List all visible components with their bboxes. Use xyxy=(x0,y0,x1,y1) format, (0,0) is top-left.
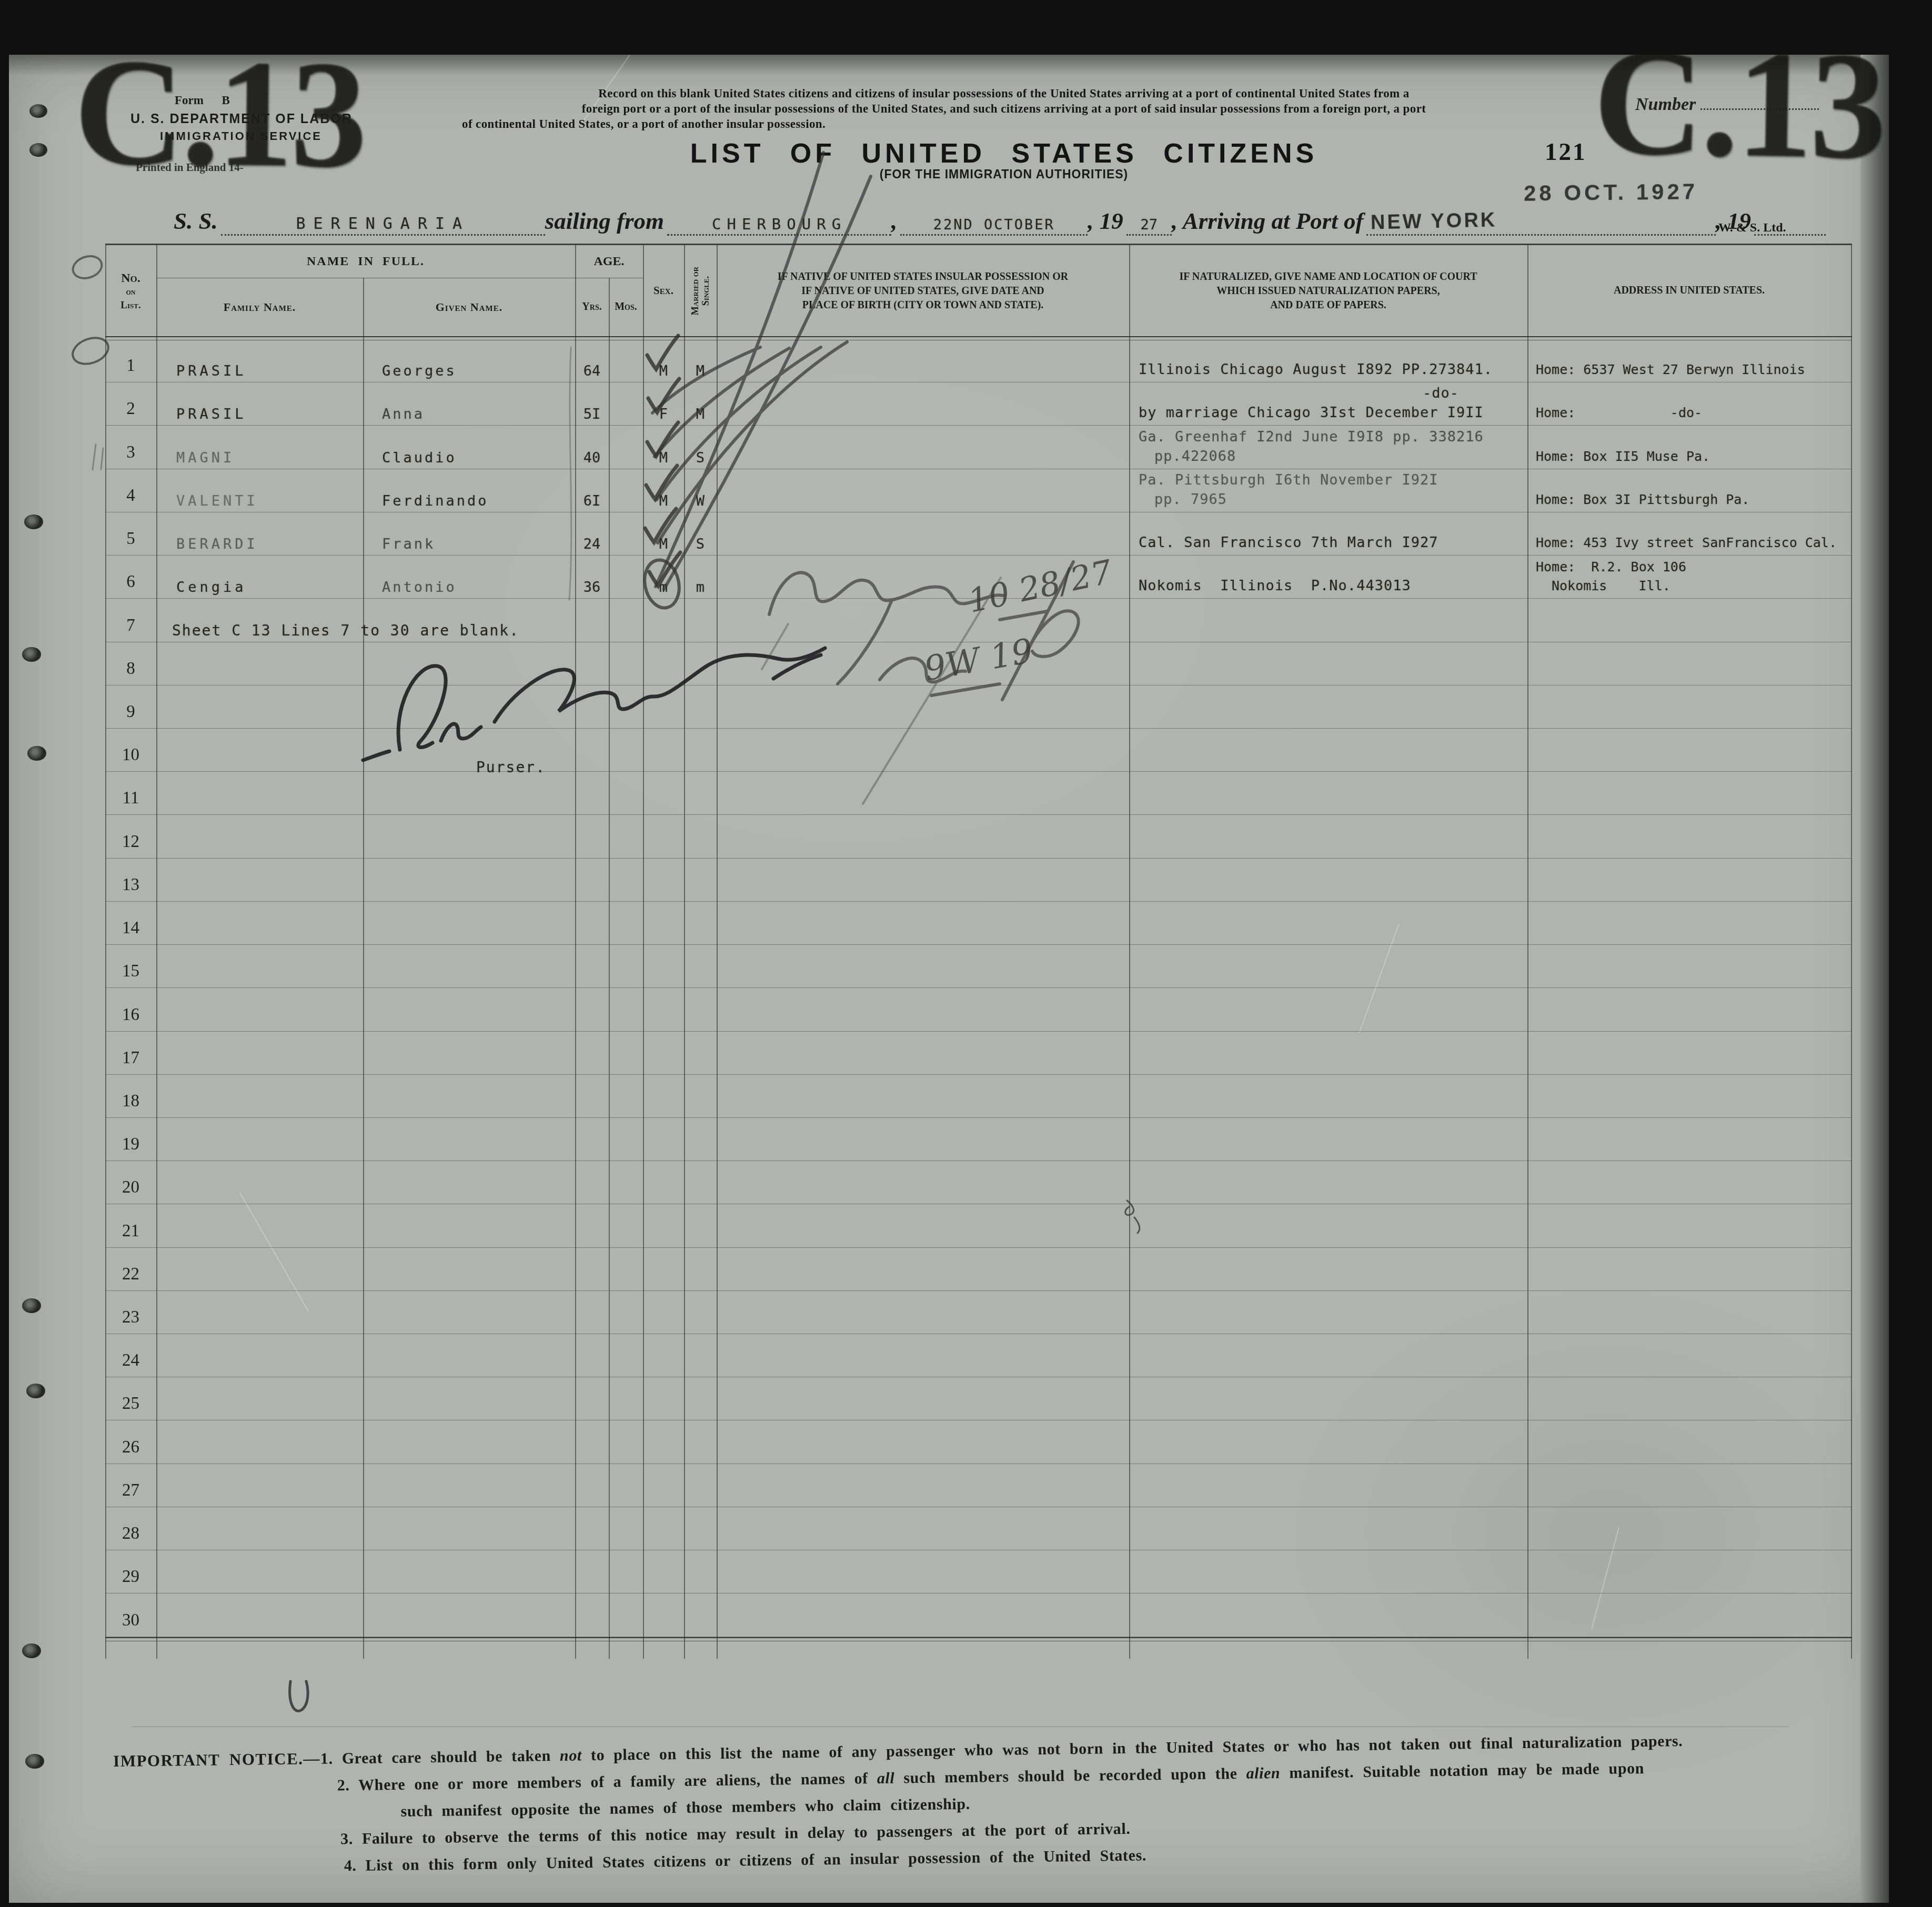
row-number: 21 xyxy=(105,1204,156,1247)
cell-naturalization xyxy=(1129,642,1527,685)
cell-address: Home: 453 Ivy street SanFrancisco Cal. xyxy=(1527,512,1852,555)
cell-birth xyxy=(717,339,1129,382)
row-number: 15 xyxy=(105,945,156,987)
punch-hole xyxy=(24,514,43,529)
cell-age-years xyxy=(575,1420,609,1463)
arrival-port-field: NEW YORK xyxy=(1366,205,1715,236)
cell-given-name xyxy=(363,642,575,685)
cell-married-single xyxy=(684,729,717,771)
cell-age-months xyxy=(609,1507,643,1550)
table-row: 22 xyxy=(105,1248,1852,1291)
cell-address xyxy=(1527,642,1852,685)
year-prefix-label-2: , 19 xyxy=(1716,207,1755,236)
cell-age-years: 6I xyxy=(575,469,609,512)
cell-given-name: Anna xyxy=(363,382,575,425)
naturalization-line: Ga. Greenhaf I2nd June I9I8 pp. 338216 xyxy=(1139,427,1484,447)
cell-given-name: Georges xyxy=(363,339,575,382)
cell-given-name xyxy=(363,1291,575,1334)
cell-sex xyxy=(643,1118,684,1161)
cell-age-years xyxy=(575,1118,609,1161)
cell-birth xyxy=(717,1032,1129,1074)
cell-married-single xyxy=(684,1075,717,1117)
table-row: 24 xyxy=(105,1334,1852,1377)
notice-item-number: 3. xyxy=(340,1830,353,1848)
cell-age-years: 40 xyxy=(575,426,609,468)
service-label: IMMIGRATION SERVICE xyxy=(160,129,322,143)
cell-naturalization xyxy=(1129,1464,1527,1507)
cell-family-name: PRASIL xyxy=(156,382,363,425)
cell-birth xyxy=(717,382,1129,425)
naturalization-line: by marriage Chicago 3Ist December I9II xyxy=(1139,403,1484,422)
naturalization-line: Cal. San Francisco 7th March I927 xyxy=(1139,533,1438,552)
cell-given-name xyxy=(363,772,575,814)
cell-married-single: S xyxy=(684,512,717,555)
cell-age-months xyxy=(609,1248,643,1290)
cell-birth xyxy=(717,1204,1129,1247)
cell-married-single xyxy=(684,1204,717,1247)
cell-age-months xyxy=(609,988,643,1031)
table-row: 17 xyxy=(105,1032,1852,1075)
cell-age-months xyxy=(609,1464,643,1507)
cell-given-name xyxy=(363,945,575,987)
table-row: 18 xyxy=(105,1075,1852,1118)
table-row: 27 xyxy=(105,1464,1852,1507)
punch-hole xyxy=(22,647,41,662)
arrival-year-field xyxy=(1754,205,1826,236)
cell-age-months xyxy=(609,859,643,901)
cell-family-name xyxy=(156,1032,363,1074)
cell-age-years xyxy=(575,902,609,944)
cell-age-years xyxy=(575,772,609,814)
cell-sex xyxy=(643,1507,684,1550)
cell-given-name: Frank xyxy=(363,512,575,555)
cell-birth xyxy=(717,1334,1129,1377)
table-row: 19 xyxy=(105,1118,1852,1161)
cell-given-name xyxy=(363,1464,575,1507)
row-number: 11 xyxy=(105,772,156,814)
table-row: 21 xyxy=(105,1204,1852,1247)
cell-age-months xyxy=(609,1420,643,1463)
table-row: 9 xyxy=(105,685,1852,729)
scan-edge-right xyxy=(1889,0,1932,1907)
row-number: 30 xyxy=(105,1593,156,1636)
cell-sex xyxy=(643,772,684,814)
cell-address: Home: Box 3I Pittsburgh Pa. xyxy=(1527,469,1852,512)
cell-birth xyxy=(717,642,1129,685)
row-number: 10 xyxy=(105,729,156,771)
cell-age-months xyxy=(609,1118,643,1161)
cell-family-name: VALENTI xyxy=(156,469,363,512)
notice-item-number: 1. xyxy=(320,1750,333,1768)
row-number: 8 xyxy=(105,642,156,685)
cell-naturalization xyxy=(1129,1334,1527,1377)
table-row: 16 xyxy=(105,988,1852,1031)
cell-family-name xyxy=(156,815,363,857)
cell-address xyxy=(1527,1204,1852,1247)
col-header-naturalized: IF NATURALIZED, GIVE NAME AND LOCATION O… xyxy=(1129,251,1527,330)
cell-family-name: Cengia xyxy=(156,556,363,598)
table-row: 1PRASILGeorges64MMIllinois Chicago Augus… xyxy=(105,339,1852,382)
cell-given-name xyxy=(363,1075,575,1117)
cell-family-name xyxy=(156,1377,363,1420)
department-label: U. S. DEPARTMENT OF LABOR xyxy=(130,112,353,127)
cell-married-single xyxy=(684,1248,717,1290)
cell-sex xyxy=(643,988,684,1031)
row-number: 2 xyxy=(105,382,156,425)
table-row: 29 xyxy=(105,1550,1852,1593)
cell-family-name xyxy=(156,1291,363,1334)
arriving-label: , Arriving at Port of xyxy=(1172,207,1367,236)
naturalization-line: -do- xyxy=(1423,384,1459,403)
row-number: 13 xyxy=(105,859,156,901)
cell-given-name xyxy=(363,815,575,857)
row-number: 19 xyxy=(105,1118,156,1161)
row-number: 14 xyxy=(105,902,156,944)
cell-family-name: MAGNI xyxy=(156,426,363,468)
cell-sex xyxy=(643,859,684,901)
col-header-age: AGE. xyxy=(575,245,643,278)
cell-naturalization: Ga. Greenhaf I2nd June I9I8 pp. 338216pp… xyxy=(1129,426,1527,468)
punch-hole xyxy=(29,143,47,157)
instruction-line: Record on this blank United States citiz… xyxy=(462,86,1546,101)
row-number: 6 xyxy=(105,556,156,598)
cell-age-years xyxy=(575,1334,609,1377)
cell-family-name xyxy=(156,1550,363,1593)
cell-address: Home: R.2. Box 106Nokomis Ill. xyxy=(1527,556,1852,598)
cell-married-single xyxy=(684,685,717,728)
col-header-address: ADDRESS IN UNITED STATES. xyxy=(1527,245,1851,336)
cell-married-single xyxy=(684,988,717,1031)
cell-married-single xyxy=(684,1291,717,1334)
cell-birth xyxy=(717,1118,1129,1161)
cell-married-single xyxy=(684,1420,717,1463)
cell-sex: m xyxy=(643,556,684,598)
cell-sex xyxy=(643,1204,684,1247)
cell-family-name: BERARDI xyxy=(156,512,363,555)
comma-label: , xyxy=(891,207,900,236)
punch-hole xyxy=(29,104,47,118)
departure-port-field: CHERBOURG xyxy=(667,205,891,236)
cell-birth xyxy=(717,729,1129,771)
cell-family-name xyxy=(156,1593,363,1636)
cell-sex: M xyxy=(643,512,684,555)
cell-address xyxy=(1527,1118,1852,1161)
row-number: 29 xyxy=(105,1550,156,1593)
sailing-year-field: 27 xyxy=(1126,205,1172,236)
cell-age-months xyxy=(609,772,643,814)
row-number: 24 xyxy=(105,1334,156,1377)
table-row: 26 xyxy=(105,1420,1852,1464)
cell-age-years: 36 xyxy=(575,556,609,598)
cell-married-single xyxy=(684,1550,717,1593)
address-line: Home: Box 3I Pittsburgh Pa. xyxy=(1536,490,1749,509)
cell-sex xyxy=(643,1464,684,1507)
cell-address: Home: Box II5 Muse Pa. xyxy=(1527,426,1852,468)
cell-age-years: 24 xyxy=(575,512,609,555)
cell-birth xyxy=(717,988,1129,1031)
cell-sex: M xyxy=(643,469,684,512)
cell-age-years xyxy=(575,945,609,987)
cell-sex xyxy=(643,1291,684,1334)
notice-label: IMPORTANT NOTICE.— xyxy=(113,1749,320,1770)
table-row: 14 xyxy=(105,902,1852,945)
cell-given-name xyxy=(363,1248,575,1290)
cell-address xyxy=(1527,729,1852,771)
cell-sex xyxy=(643,1334,684,1377)
cell-birth xyxy=(717,859,1129,901)
table-body: 1PRASILGeorges64MMIllinois Chicago Augus… xyxy=(105,339,1852,1637)
notice-text: Great care should be taken xyxy=(342,1747,560,1767)
cell-naturalization: Nokomis Illinois P.No.443013 xyxy=(1129,556,1527,598)
table-row: 2PRASILAnna5IFM-do-by marriage Chicago 3… xyxy=(105,382,1852,426)
col-header-no-line: on xyxy=(126,285,136,299)
cell-age-years xyxy=(575,815,609,857)
cell-sex xyxy=(643,815,684,857)
cell-naturalization xyxy=(1129,1032,1527,1074)
cell-family-name xyxy=(156,685,363,728)
col-header-yrs: Yrs. xyxy=(575,278,609,336)
table-row: 13 xyxy=(105,859,1852,902)
cell-address xyxy=(1527,1032,1852,1074)
passenger-table: No. on List. NAME IN FULL. Family Name. … xyxy=(105,244,1852,1659)
row-number: 22 xyxy=(105,1248,156,1290)
cell-naturalization xyxy=(1129,1507,1527,1550)
cell-naturalization xyxy=(1129,902,1527,944)
cell-age-years xyxy=(575,1075,609,1117)
cell-birth xyxy=(717,1161,1129,1204)
sheet-number: 121 xyxy=(1545,138,1587,166)
cell-address: Home: 6537 West 27 Berwyn Illinois xyxy=(1527,339,1852,382)
cell-given-name xyxy=(363,1204,575,1247)
number-field: Number xyxy=(1635,95,1825,115)
cell-address xyxy=(1527,1248,1852,1290)
cell-given-name xyxy=(363,1550,575,1593)
row-number: 17 xyxy=(105,1032,156,1074)
cell-family-name xyxy=(156,729,363,771)
instruction-paragraph: Record on this blank United States citiz… xyxy=(462,86,1546,132)
col-header-married-single: Married or Single. xyxy=(684,245,717,336)
page-subtitle: (FOR THE IMMIGRATION AUTHORITIES) xyxy=(462,167,1546,181)
cell-address xyxy=(1527,685,1852,728)
cell-age-months xyxy=(609,945,643,987)
table-row: 12 xyxy=(105,815,1852,858)
notice-text: Where one or more members of a family ar… xyxy=(358,1770,877,1794)
cell-address xyxy=(1527,1593,1852,1636)
row-number: 3 xyxy=(105,426,156,468)
table-row: 10 xyxy=(105,729,1852,772)
cell-naturalization xyxy=(1129,945,1527,987)
col-header-naturalized-line: WHICH ISSUED NATURALIZATION PAPERS, xyxy=(1216,284,1440,298)
address-line: Home: -do- xyxy=(1536,403,1702,422)
cell-given-name xyxy=(363,988,575,1031)
row-number: 26 xyxy=(105,1420,156,1463)
cell-age-years xyxy=(575,1291,609,1334)
col-header-no: No. on List. xyxy=(105,248,156,336)
cell-age-years xyxy=(575,1550,609,1593)
form-number-line: Form B xyxy=(175,94,230,107)
cell-naturalization xyxy=(1129,1420,1527,1463)
cell-naturalization: Pa. Pittsburgh I6th November I92Ipp. 796… xyxy=(1129,469,1527,512)
cell-sex xyxy=(643,1161,684,1204)
notice-item-number: 4. xyxy=(344,1857,357,1874)
sailing-year: 27 xyxy=(1141,217,1158,233)
cell-address xyxy=(1527,1334,1852,1377)
punch-hole xyxy=(26,1384,45,1398)
naturalization-line: pp.422068 xyxy=(1154,447,1236,466)
cell-address xyxy=(1527,1464,1852,1507)
table-row: 4VALENTIFerdinando6IMWPa. Pittsburgh I6t… xyxy=(105,469,1852,512)
cell-family-name xyxy=(156,1248,363,1290)
cell-age-months xyxy=(609,815,643,857)
cell-birth xyxy=(717,1248,1129,1290)
row-number: 12 xyxy=(105,815,156,857)
cell-married-single xyxy=(684,1507,717,1550)
ship-name: BERENGARIA xyxy=(296,215,470,233)
cell-given-name: Ferdinando xyxy=(363,469,575,512)
cell-given-name xyxy=(363,1334,575,1377)
number-label: Number xyxy=(1635,95,1696,114)
cell-married-single: S xyxy=(684,426,717,468)
cell-family-name xyxy=(156,859,363,901)
cell-naturalization xyxy=(1129,1377,1527,1420)
cell-naturalization xyxy=(1129,772,1527,814)
table-row: 25 xyxy=(105,1377,1852,1420)
naturalization-line: Illinois Chicago August I892 PP.273841. xyxy=(1139,360,1493,379)
instruction-line: of continental United States, or a port … xyxy=(462,116,1546,132)
cell-sex: F xyxy=(643,382,684,425)
cell-age-years xyxy=(575,988,609,1031)
cell-sex xyxy=(643,1075,684,1117)
cell-birth xyxy=(717,1420,1129,1463)
cell-birth xyxy=(717,1464,1129,1507)
cell-naturalization xyxy=(1129,1075,1527,1117)
col-header-birth: IF NATIVE OF UNITED STATES INSULAR POSSE… xyxy=(717,251,1129,330)
instruction-line: foreign port or a port of the insular po… xyxy=(462,101,1546,116)
cell-naturalization: -do-by marriage Chicago 3Ist December I9… xyxy=(1129,382,1527,425)
cell-birth xyxy=(717,1377,1129,1420)
scanned-manifest-page: C.13 C.13 Form B U. S. DEPARTMENT OF LAB… xyxy=(0,0,1932,1907)
cell-married-single: M xyxy=(684,382,717,425)
cell-age-years xyxy=(575,1161,609,1204)
cell-given-name xyxy=(363,1377,575,1420)
address-line: Home: Box II5 Muse Pa. xyxy=(1536,447,1710,466)
cell-given-name xyxy=(363,1593,575,1636)
punch-hole xyxy=(22,1643,41,1658)
row-number: 23 xyxy=(105,1291,156,1334)
cell-married-single xyxy=(684,1593,717,1636)
cell-birth xyxy=(717,1550,1129,1593)
punch-hole xyxy=(27,746,46,761)
cell-age-months xyxy=(609,512,643,555)
cell-family-name xyxy=(156,1204,363,1247)
cell-sex: M xyxy=(643,339,684,382)
address-line: Home: R.2. Box 106 xyxy=(1536,558,1686,577)
cell-given-name xyxy=(363,1420,575,1463)
cell-age-years xyxy=(575,642,609,685)
cell-sex xyxy=(643,1420,684,1463)
cell-given-name xyxy=(363,902,575,944)
cell-age-years xyxy=(575,1248,609,1290)
col-header-birth-line: IF NATIVE OF UNITED STATES INSULAR POSSE… xyxy=(778,270,1069,284)
cell-birth xyxy=(717,815,1129,857)
cell-address xyxy=(1527,1291,1852,1334)
notice-text-emphasis: all xyxy=(877,1770,895,1787)
row-number: 9 xyxy=(105,685,156,728)
cell-family-name xyxy=(156,1075,363,1117)
cell-sex xyxy=(643,1593,684,1636)
cell-naturalization xyxy=(1129,1204,1527,1247)
cell-age-years: 64 xyxy=(575,339,609,382)
cell-given-name: Antonio xyxy=(363,556,575,598)
cell-age-months xyxy=(609,1291,643,1334)
cell-age-months xyxy=(609,469,643,512)
cell-birth xyxy=(717,512,1129,555)
table-row: 5BERARDIFrank24MSCal. San Francisco 7th … xyxy=(105,512,1852,556)
voyage-line: S. S. BERENGARIA sailing from CHERBOURG … xyxy=(174,202,1826,236)
cell-age-years xyxy=(575,729,609,771)
cell-sex xyxy=(643,1248,684,1290)
cell-given-name xyxy=(363,1032,575,1074)
col-header-given: Given Name. xyxy=(363,278,575,336)
sailing-from-label: sailing from xyxy=(545,207,667,236)
cell-married-single xyxy=(684,815,717,857)
table-row: 3MAGNIClaudio40MSGa. Greenhaf I2nd June … xyxy=(105,426,1852,469)
cell-naturalization xyxy=(1129,1550,1527,1593)
notice-text-emphasis: alien xyxy=(1246,1764,1280,1782)
ship-name-field: BERENGARIA xyxy=(221,205,545,236)
notice-text-emphasis: not xyxy=(560,1747,582,1764)
cell-birth xyxy=(717,945,1129,987)
col-header-married-line: Married or xyxy=(690,266,700,315)
cell-sex xyxy=(643,1032,684,1074)
notice-item-number: 2. xyxy=(337,1777,350,1794)
cell-married-single xyxy=(684,1032,717,1074)
cell-address xyxy=(1527,859,1852,901)
cell-naturalization: Illinois Chicago August I892 PP.273841. xyxy=(1129,339,1527,382)
naturalization-line: Pa. Pittsburgh I6th November I92I xyxy=(1139,470,1438,490)
cell-age-months xyxy=(609,339,643,382)
cell-age-months xyxy=(609,1032,643,1074)
row-number: 18 xyxy=(105,1075,156,1117)
cell-age-years xyxy=(575,1464,609,1507)
departure-port: CHERBOURG xyxy=(712,215,847,233)
cell-married-single xyxy=(684,1464,717,1507)
number-blank-line xyxy=(1700,108,1819,110)
row-number: 28 xyxy=(105,1507,156,1550)
cell-given-name xyxy=(363,1161,575,1204)
cell-family-name: PRASIL xyxy=(156,339,363,382)
cell-age-years xyxy=(575,1593,609,1636)
cell-birth xyxy=(717,685,1129,728)
cell-naturalization xyxy=(1129,1248,1527,1290)
scan-edge-left xyxy=(0,0,9,1907)
cell-address xyxy=(1527,772,1852,814)
table-row: 11 xyxy=(105,772,1852,815)
cell-sex: M xyxy=(643,426,684,468)
table-rule xyxy=(105,1637,1852,1641)
cell-age-years xyxy=(575,685,609,728)
cell-address xyxy=(1527,1075,1852,1117)
col-header-naturalized-line: AND DATE OF PAPERS. xyxy=(1270,298,1386,312)
page-stack-edge xyxy=(1860,55,1890,1903)
row-number: 16 xyxy=(105,988,156,1031)
cell-age-years xyxy=(575,1204,609,1247)
cell-naturalization xyxy=(1129,1291,1527,1334)
cell-naturalization xyxy=(1129,1118,1527,1161)
cell-age-years xyxy=(575,1032,609,1074)
cell-sex xyxy=(643,642,684,685)
cell-given-name: Claudio xyxy=(363,426,575,468)
